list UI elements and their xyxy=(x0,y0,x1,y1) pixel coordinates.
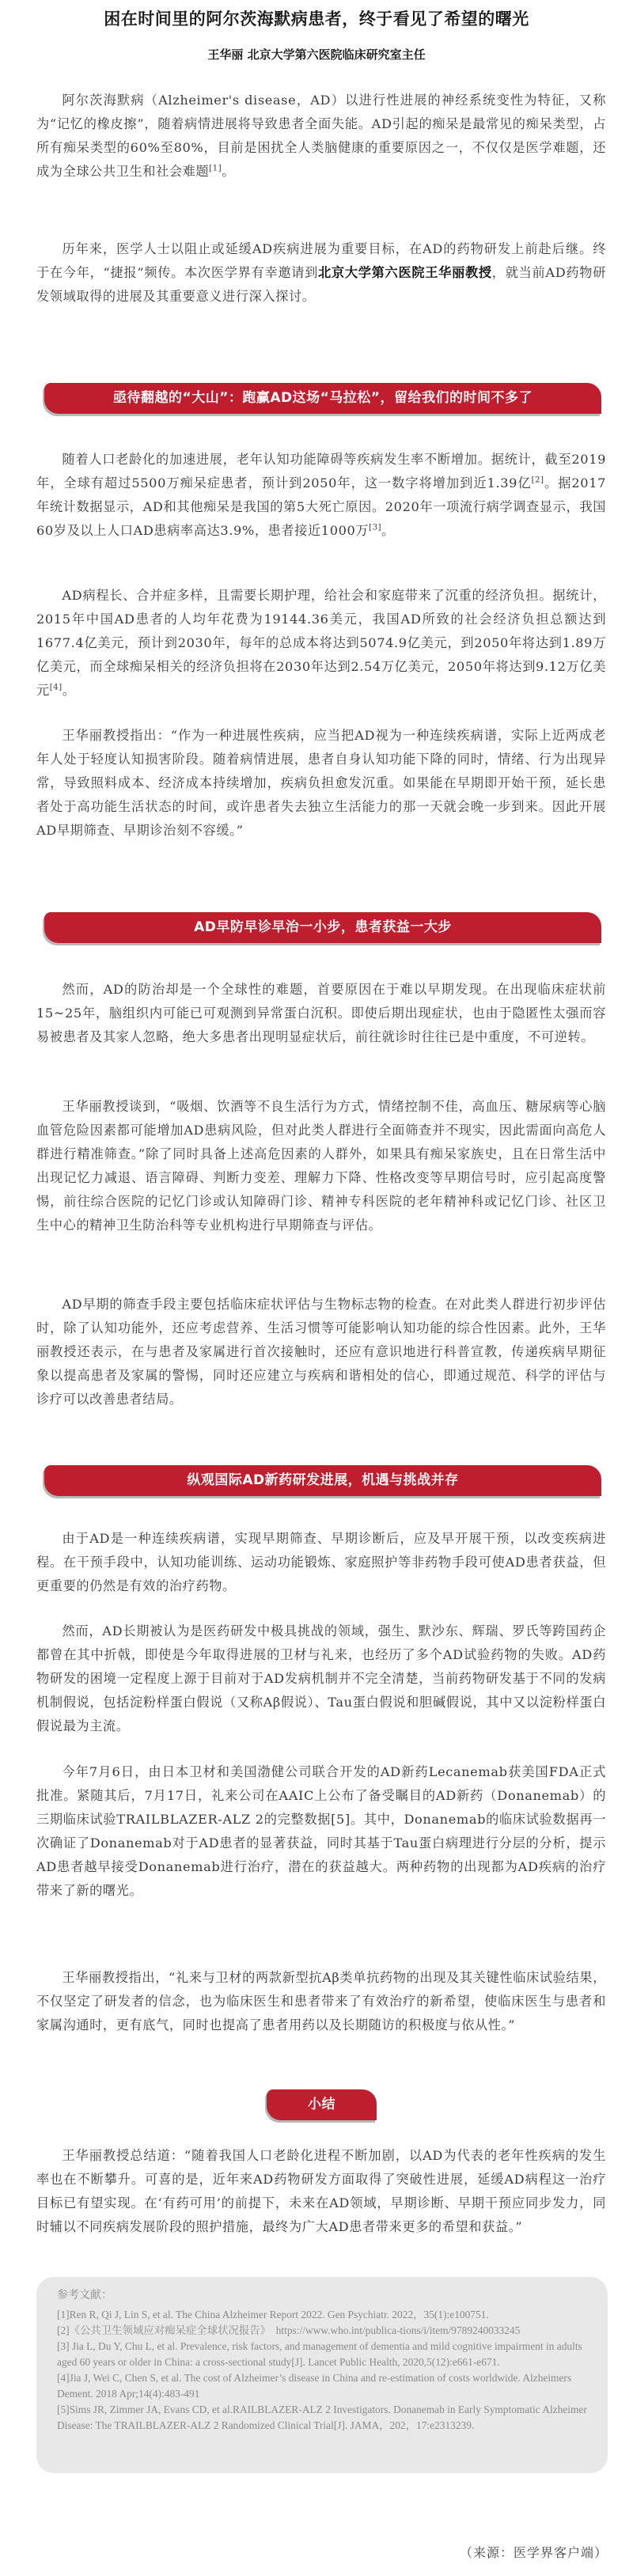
references-box: 参考文献： [1]Ren R, Qi J, Lin S, et al. The … xyxy=(36,2277,608,2473)
drug-research-paragraph: 然而，AD长期被认为是医药研发中极具挑战的领域，强生、默沙东、辉瑞、罗氏等跨国药… xyxy=(36,1619,606,1738)
citation-2[interactable]: [2] xyxy=(532,476,544,485)
screening-paragraph: AD早期的筛查手段主要包括临床症状评估与生物标志物的检查。在对此类人群进行初步评… xyxy=(36,1293,606,1411)
section-heading-2: AD早防早诊早治一小步，患者获益一大步 xyxy=(44,912,601,943)
intro-paragraph: 阿尔茨海默病（Alzheimer's disease，AD）以进行性进展的神经系… xyxy=(36,89,606,184)
new-drugs-paragraph: 今年7月6日，由日本卫材和美国渤健公司联合开发的AD新药Lecanemab获美国… xyxy=(36,1760,606,1903)
summary-paragraph: 王华丽教授总结道：“随着我国人口老龄化进程不断加剧，以AD为代表的老年性疾病的发… xyxy=(36,2144,606,2239)
diagnosis-challenge-paragraph: 然而，AD的防治却是一个全球性的难题，首要原因在于难以早期发现。在出现临床症状前… xyxy=(36,978,606,1049)
reference-item: [3] Jia L, Du Y, Chu L, et al. Prevalenc… xyxy=(57,2339,587,2370)
reference-item[interactable]: [2]《公共卫生领域应对痴呆症全球状况报告》 https://www.who.i… xyxy=(57,2323,587,2339)
section-heading-1: 亟待翻越的“大山”：跑赢AD这场“马拉松”，留给我们的时间不多了 xyxy=(44,383,601,414)
article-title: 困在时间里的阿尔茨海默病患者，终于看见了希望的曙光 xyxy=(0,6,633,30)
references-title: 参考文献： xyxy=(57,2288,587,2304)
citation-3[interactable]: [3] xyxy=(369,524,381,532)
risk-factors-paragraph: 王华丽教授谈到，“吸烟、饮酒等不良生活行为方式，情绪控制不佳，高血压、糖尿病等心… xyxy=(36,1095,606,1237)
section-heading-3: 纵观国际AD新药研发进展，机遇与挑战并存 xyxy=(44,1465,601,1496)
reference-item: [4]Jia J, Wei C, Chen S, et al. The cost… xyxy=(57,2370,587,2402)
expert-outlook-paragraph: 王华丽教授指出，“礼来与卫材的两款新型抗Aβ类单抗药物的出现及其关键性临床试验结… xyxy=(36,1966,606,2037)
section-heading-summary: 小结 xyxy=(267,2089,377,2120)
context-paragraph: 历年来，医学人士以阻止或延缓AD疾病进展为重要目标，在AD的药物研发上前赴后继。… xyxy=(36,237,606,309)
author-byline: 王华丽 北京大学第六医院临床研究室主任 xyxy=(0,46,633,63)
article-page: 困在时间里的阿尔茨海默病患者，终于看见了希望的曙光 王华丽 北京大学第六医院临床… xyxy=(0,0,633,2576)
reference-item: [5]Sims JR, Zimmer JA, Evans CD, et al.R… xyxy=(57,2402,587,2434)
expert-name: 北京大学第六医院王华丽教授 xyxy=(318,265,492,280)
citation-4[interactable]: [4] xyxy=(50,684,63,692)
reference-item: [1]Ren R, Qi J, Lin S, et al. The China … xyxy=(57,2307,587,2323)
expert-quote-paragraph: 王华丽教授指出：“作为一种进展性疾病，应当把AD视为一种连续疾病谱，实际上近两成… xyxy=(36,724,606,843)
intervention-paragraph: 由于AD是一种连续疾病谱，实现早期筛查、早期诊断后，应及早开展干预，以改变疾病进… xyxy=(36,1527,606,1598)
economic-burden-paragraph: AD病程长、合并症多样，且需要长期护理，给社会和家庭带来了沉重的经济负担。据统计… xyxy=(36,584,606,703)
citation-1[interactable]: [1] xyxy=(209,165,222,173)
source-credit: （来源：医学界客户端） xyxy=(460,2543,608,2561)
epidemiology-paragraph: 随着人口老龄化的加速进展，老年认知功能障碍等疾病发生率不断增加。据统计，截至20… xyxy=(36,448,606,543)
